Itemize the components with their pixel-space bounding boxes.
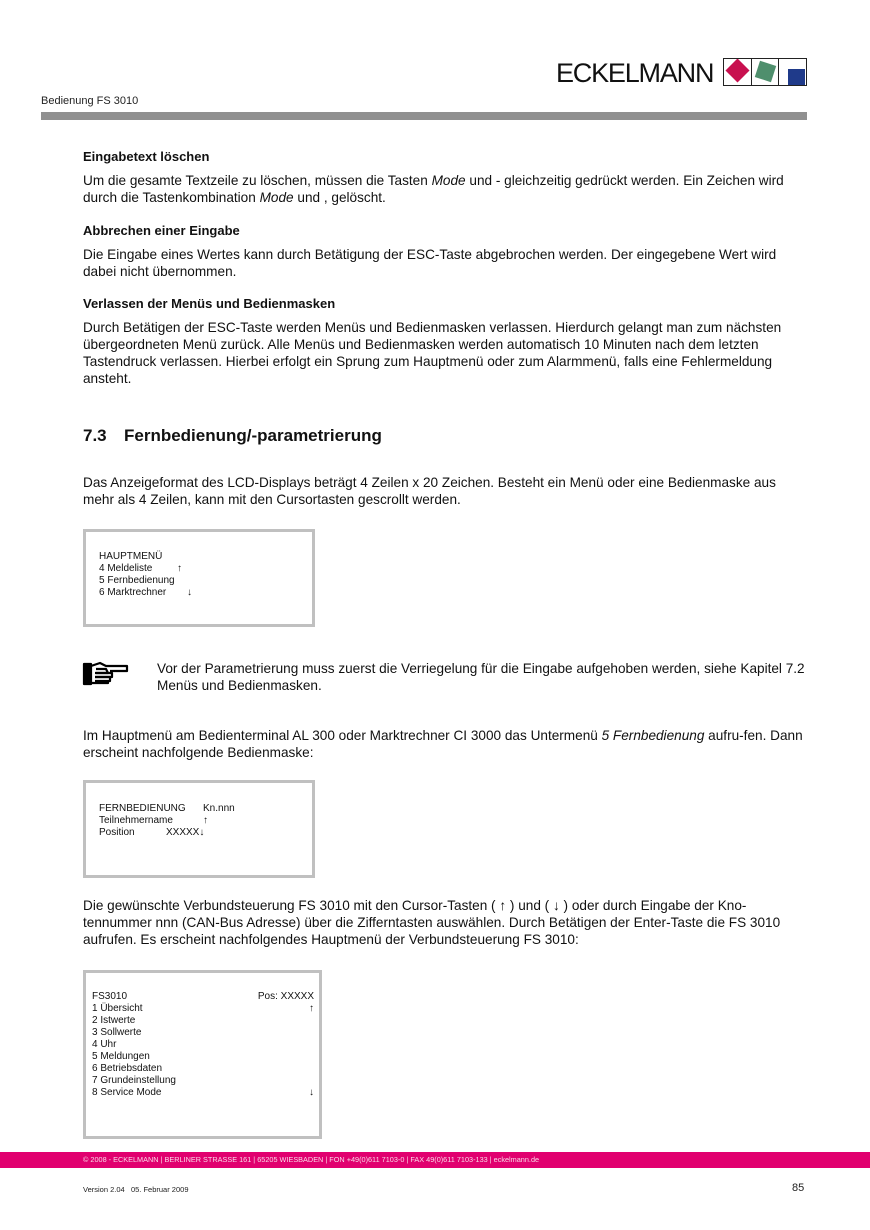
chapter-heading: 7.3Fernbedienung/-parametrierung [83,426,382,446]
lcd-fs3010-display: FS3010Pos: XXXXX 1 Übersicht↑ 2 Istwerte… [83,970,322,1139]
version-info: Version 2.04 05. Februar 2009 [83,1185,189,1194]
paragraph-eingabetext: Um die gesamte Textzeile zu löschen, müs… [83,172,807,206]
note-text: Vor der Parametrierung muss zuerst die V… [157,660,807,694]
text-part: Im Hauptmenü am Bedienterminal AL 300 od… [83,728,602,743]
paragraph-abbrechen: Die Eingabe eines Wertes kann durch Betä… [83,246,807,280]
lcd-line: HAUPTMENÜ [99,551,312,563]
footer-address: © 2008 - ECKELMANN | BERLINER STRASSE 16… [83,1155,539,1164]
lcd-line: PositionXXXXX↓ [99,827,312,839]
company-logo-icon [723,58,807,86]
chapter-number: 7.3 [83,426,124,446]
mode-key-text: Mode [260,190,294,205]
lcd-line: 5 Meldungen [92,1051,314,1063]
paragraph-hauptmenu: Im Hauptmenü am Bedienterminal AL 300 od… [83,727,807,761]
paragraph-verbundsteuerung: Die gewünschte Verbundsteuerung FS 3010 … [83,897,807,948]
heading-eingabetext: Eingabetext löschen [83,149,209,164]
lcd-fernbedienung-display: FERNBEDIENUNGKn.nnn Teilnehmername↑ Posi… [83,780,315,878]
company-logo-text: ECKELMANN [556,58,713,88]
lcd-line: FERNBEDIENUNGKn.nnn [99,803,312,815]
lcd-line: 5 Fernbedienung [99,575,312,587]
heading-abbrechen: Abbrechen einer Eingabe [83,223,240,238]
lcd-line: 7 Grundeinstellung [92,1075,314,1087]
arrow-up-icon: ↑ [177,563,182,575]
lcd-line: 6 Betriebsdaten [92,1063,314,1075]
document-title: Bedienung FS 3010 [41,95,138,107]
logo-blue-square-icon [779,59,806,85]
lcd-line: 4 Uhr [92,1039,314,1051]
mode-key-text: Mode [432,173,466,188]
lcd-line: Teilnehmername↑ [99,815,312,827]
pointing-hand-icon [82,659,130,689]
page-number: 85 [792,1182,804,1194]
logo-red-square-icon [724,59,752,85]
lcd-line: 8 Service Mode↓ [92,1087,314,1099]
arrow-down-icon: ↓ [187,587,192,599]
header-divider [41,112,807,120]
logo-green-square-icon [752,59,780,85]
arrow-down-icon: ↓ [309,1087,314,1099]
lcd-line: 1 Übersicht↑ [92,1003,314,1015]
menu-reference-text: 5 Fernbedienung [602,728,705,743]
paragraph-verlassen: Durch Betätigen der ESC-Taste werden Men… [83,319,807,387]
text-part: und , gelöscht. [294,190,386,205]
chapter-title: Fernbedienung/-parametrierung [124,426,382,445]
arrow-up-icon: ↑ [203,815,208,827]
lcd-line: 2 Istwerte [92,1015,314,1027]
lcd-hauptmenu-display: HAUPTMENÜ 4 Meldeliste↑ 5 Fernbedienung … [83,529,315,627]
paragraph-intro: Das Anzeigeformat des LCD-Displays beträ… [83,474,807,508]
arrow-up-icon: ↑ [309,1003,314,1015]
lcd-line: 6 Marktrechner↓ [99,587,312,599]
heading-verlassen: Verlassen der Menüs und Bedienmasken [83,296,335,311]
lcd-line: 4 Meldeliste↑ [99,563,312,575]
text-part: Um die gesamte Textzeile zu löschen, müs… [83,173,432,188]
lcd-line: FS3010Pos: XXXXX [92,991,314,1003]
lcd-line: 3 Sollwerte [92,1027,314,1039]
